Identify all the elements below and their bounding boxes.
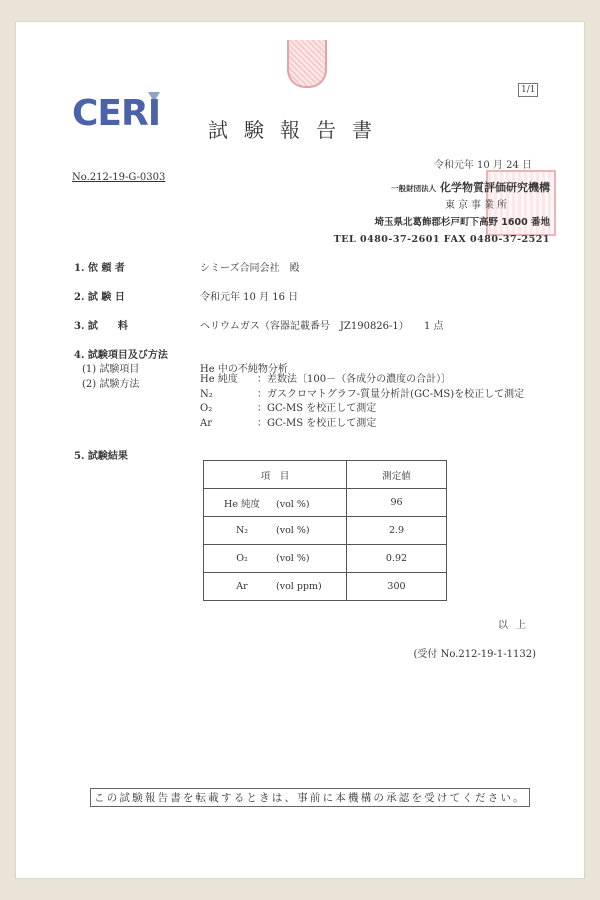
issue-date: 令和元年 10 月 24 日: [434, 156, 532, 171]
org-name: 化学物質評価研究機構: [440, 181, 550, 194]
table-header-row: 項 目 測定値: [204, 461, 447, 489]
seal-stamp-top: [287, 40, 327, 88]
test-date-label: 2. 試 験 日: [74, 288, 125, 303]
results-label: 5. 試験結果: [74, 447, 128, 462]
org-contact: TEL 0480-37-2601 FAX 0480-37-2521: [334, 231, 550, 248]
items-methods-label: 4. 試験項目及び方法: [74, 346, 168, 361]
method-row: Ar：GC-MS を校正して測定: [200, 417, 524, 432]
method-row: He 純度：差数法〔100－（各成分の濃度の合計）〕: [200, 373, 524, 388]
table-row: N₂(vol %) 2.9: [204, 517, 447, 545]
method-row: O₂：GC-MS を校正して測定: [200, 402, 524, 417]
test-date-value: 令和元年 10 月 16 日: [200, 288, 298, 303]
header-value: 測定値: [347, 461, 447, 489]
test-item-label: (1) 試験項目: [82, 360, 139, 375]
sample-value: ヘリウムガス（容器記載番号 JZ190826-1）: [200, 317, 409, 332]
client-label: 1. 依 頼 者: [74, 259, 125, 274]
reproduction-notice: この試験報告書を転載するときは、事前に本機構の承認を受けてください。: [90, 788, 530, 807]
table-row: He 純度(vol %) 96: [204, 489, 447, 517]
table-row: Ar(vol ppm) 300: [204, 573, 447, 601]
document-number: No.212-19-G-0303: [72, 172, 165, 183]
org-office: 東京事業所: [334, 197, 510, 214]
method-row: N₂：ガスクロマトグラフ-質量分析計(GC-MS)を校正して測定: [200, 388, 524, 403]
results-table: 項 目 測定値 He 純度(vol %) 96 N₂(vol %) 2.9 O₂…: [203, 460, 447, 601]
sample-label: 3. 試 料: [74, 317, 128, 332]
org-prefix: 一般財団法人: [391, 184, 436, 193]
document-title: 試験報告書: [208, 114, 388, 143]
sample-count: 1 点: [424, 317, 444, 332]
test-method-label: (2) 試験方法: [82, 375, 139, 390]
ceri-logo: CERI: [72, 96, 160, 132]
method-list: He 純度：差数法〔100－（各成分の濃度の合計）〕 N₂：ガスクロマトグラフ-…: [200, 373, 524, 431]
organization-block: 一般財団法人 化学物質評価研究機構 東京事業所 埼玉県北葛飾郡杉戸町下高野 16…: [334, 179, 550, 248]
page-indicator: 1/1: [518, 83, 538, 97]
end-mark: 以上: [498, 616, 534, 631]
receipt-number: (受付 No.212-19-1-1132): [413, 645, 536, 660]
header-item: 項 目: [204, 461, 347, 489]
client-value: シミーズ合同会社 殿: [200, 259, 300, 274]
table-row: O₂(vol %) 0.92: [204, 545, 447, 573]
org-address: 埼玉県北葛飾郡杉戸町下高野 1600 番地: [334, 214, 550, 231]
